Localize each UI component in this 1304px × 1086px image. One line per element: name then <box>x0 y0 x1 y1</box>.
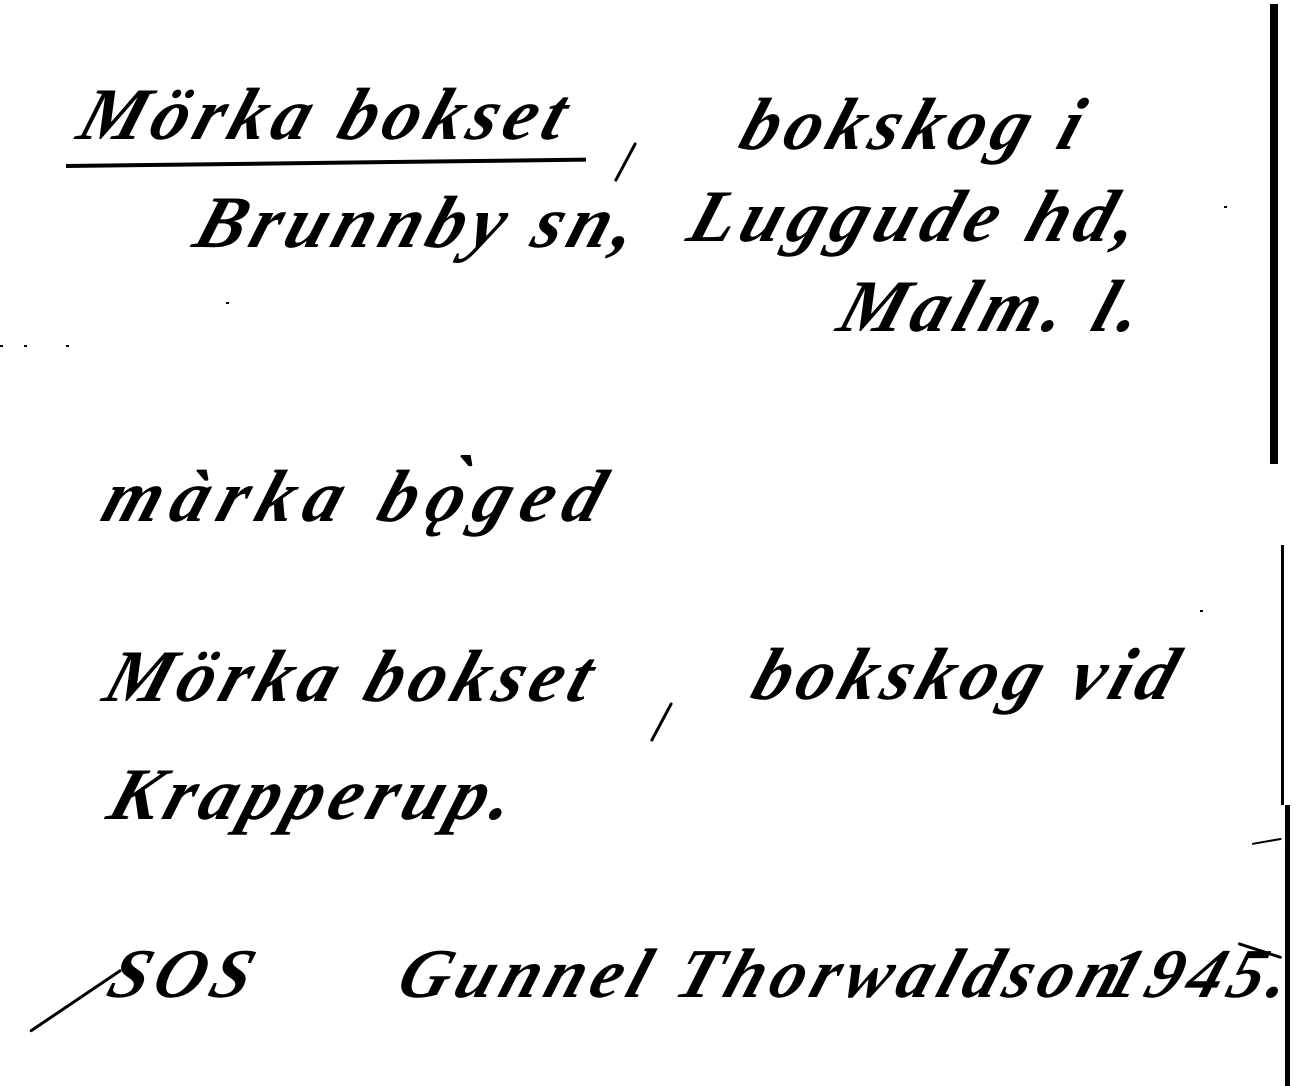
scan-speck <box>1200 610 1203 612</box>
scan-speck <box>0 345 3 347</box>
card-edge-border <box>1285 805 1290 1086</box>
scan-speck <box>226 302 229 304</box>
archive-code: SOS <box>100 940 269 1010</box>
collection-year: 1945. <box>1096 940 1304 1010</box>
entry-county: Malm. l. <box>830 270 1159 344</box>
scan-speck <box>66 345 69 347</box>
scan-speck <box>1224 206 1227 208</box>
card-edge-border <box>1270 4 1278 464</box>
collector-name: Gunnel Thorwaldson <box>390 940 1137 1010</box>
phonetic-transcription: màrka bǫ̀ged <box>94 460 625 534</box>
headword-underline <box>66 158 586 168</box>
comma-mark <box>650 702 673 742</box>
entry-district: Luggude hd, <box>680 180 1157 254</box>
scan-speck <box>24 345 27 347</box>
comma-mark <box>614 142 637 182</box>
entry-parish: Brunnby sn, <box>186 186 654 260</box>
card-edge-border <box>1281 545 1284 805</box>
scan-speck <box>1252 838 1282 845</box>
note-place-name: Mörka bokset <box>96 640 609 714</box>
archive-card: Mörka bokset bokskog i Brunnby sn, Luggu… <box>0 0 1304 1086</box>
note-description: bokskog vid <box>744 638 1194 712</box>
note-location: Krapperup. <box>100 758 531 832</box>
headword: Mörka bokset <box>70 78 583 152</box>
entry-description-line1: bokskog i <box>732 88 1100 162</box>
